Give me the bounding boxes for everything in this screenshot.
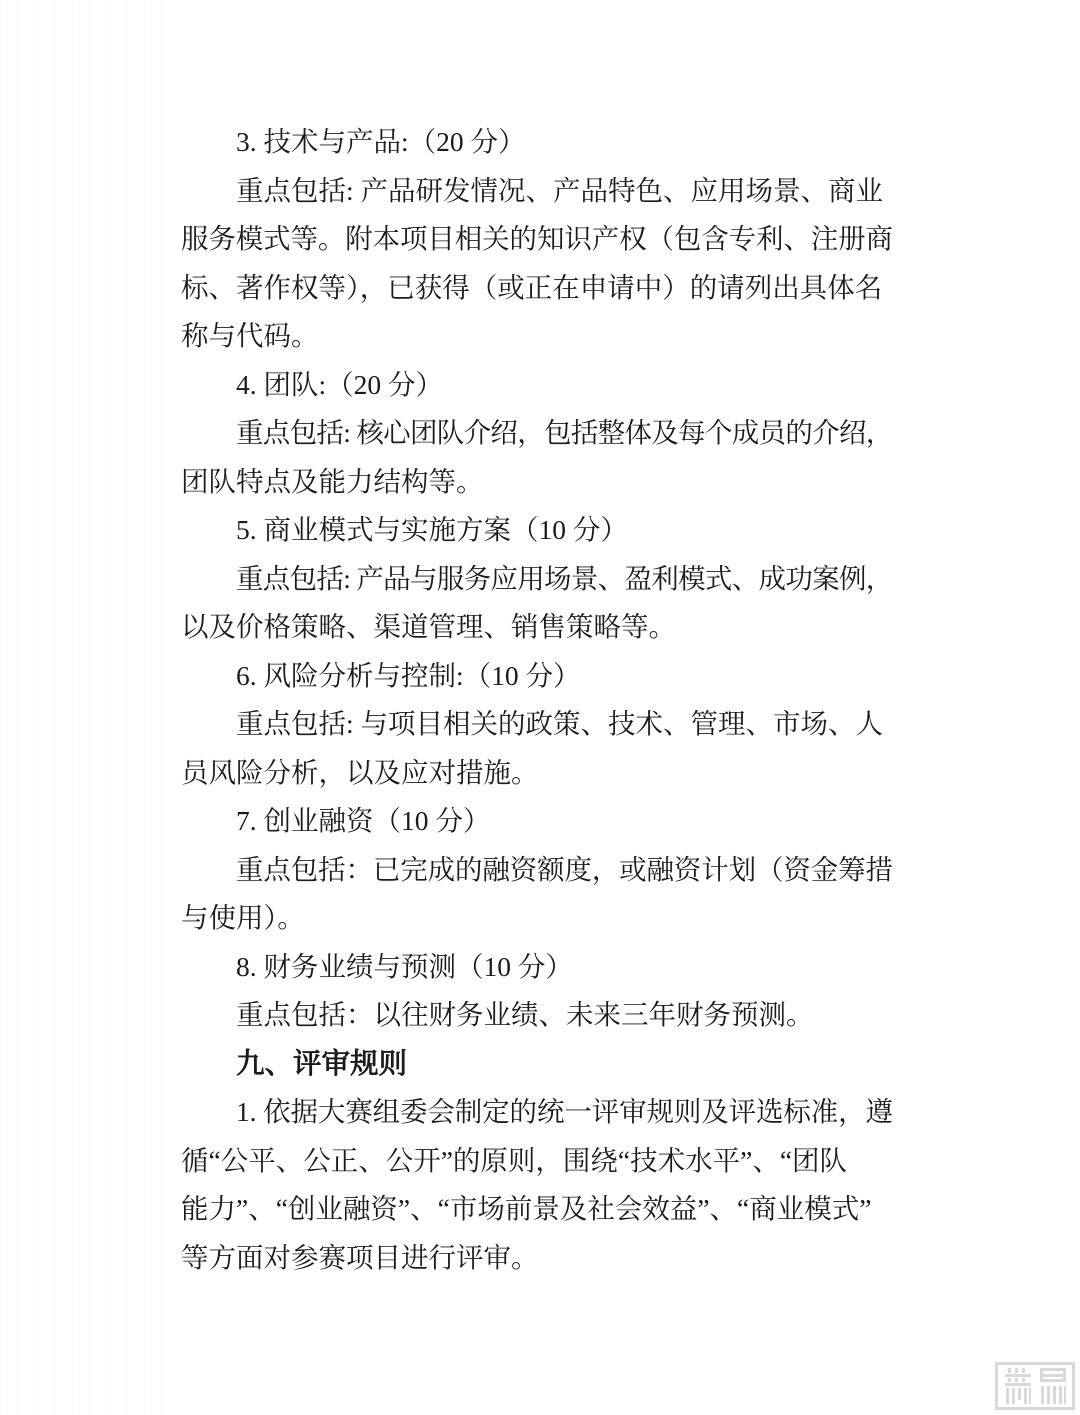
text-line: 团队特点及能力结构等。 [181,458,893,507]
text-line: 7. 创业融资（10 分） [181,797,893,846]
text-line: 以及价格策略、渠道管理、销售策略等。 [181,603,893,652]
text-line: 重点包括: 与项目相关的政策、技术、管理、市场、人 [181,700,893,749]
text-line: 1. 依据大赛组委会制定的统一评审规则及评选标准，遵 [181,1088,893,1137]
text-line: 重点包括：以往财务业绩、未来三年财务预测。 [181,991,893,1040]
text-line: 5. 商业模式与实施方案（10 分） [181,506,893,555]
watermark-stamp [995,1362,1075,1410]
document-text: 3. 技术与产品:（20 分）重点包括: 产品研发情况、产品特色、应用场景、商业… [181,118,893,1282]
seal-stamp-icon [995,1362,1075,1410]
text-line: 4. 团队:（20 分） [181,361,893,410]
section-heading: 九、评审规则 [181,1040,893,1089]
text-line: 与使用）。 [181,894,893,943]
text-line: 能力”、“创业融资”、“市场前景及社会效益”、“商业模式” [181,1185,893,1234]
text-line: 服务模式等。附本项目相关的知识产权（包含专利、注册商 [181,215,893,264]
text-line: 等方面对参赛项目进行评审。 [181,1234,893,1283]
text-line: 8. 财务业绩与预测（10 分） [181,943,893,992]
text-line: 重点包括: 核心团队介绍，包括整体及每个成员的介绍， [181,409,893,458]
text-line: 6. 风险分析与控制:（10 分） [181,652,893,701]
text-line: 3. 技术与产品:（20 分） [181,118,893,167]
text-line: 循“公平、公正、公开”的原则，围绕“技术水平”、“团队 [181,1137,893,1186]
text-line: 重点包括: 产品与服务应用场景、盈利模式、成功案例， [181,555,893,604]
scanned-document-page: 3. 技术与产品:（20 分）重点包括: 产品研发情况、产品特色、应用场景、商业… [0,0,1080,1415]
text-line: 重点包括：已完成的融资额度，或融资计划（资金筹措 [181,846,893,895]
text-line: 标、著作权等），已获得（或正在申请中）的请列出具体名 [181,264,893,313]
text-line: 重点包括: 产品研发情况、产品特色、应用场景、商业 [181,167,893,216]
text-line: 称与代码。 [181,312,893,361]
text-line: 员风险分析，以及应对措施。 [181,749,893,798]
